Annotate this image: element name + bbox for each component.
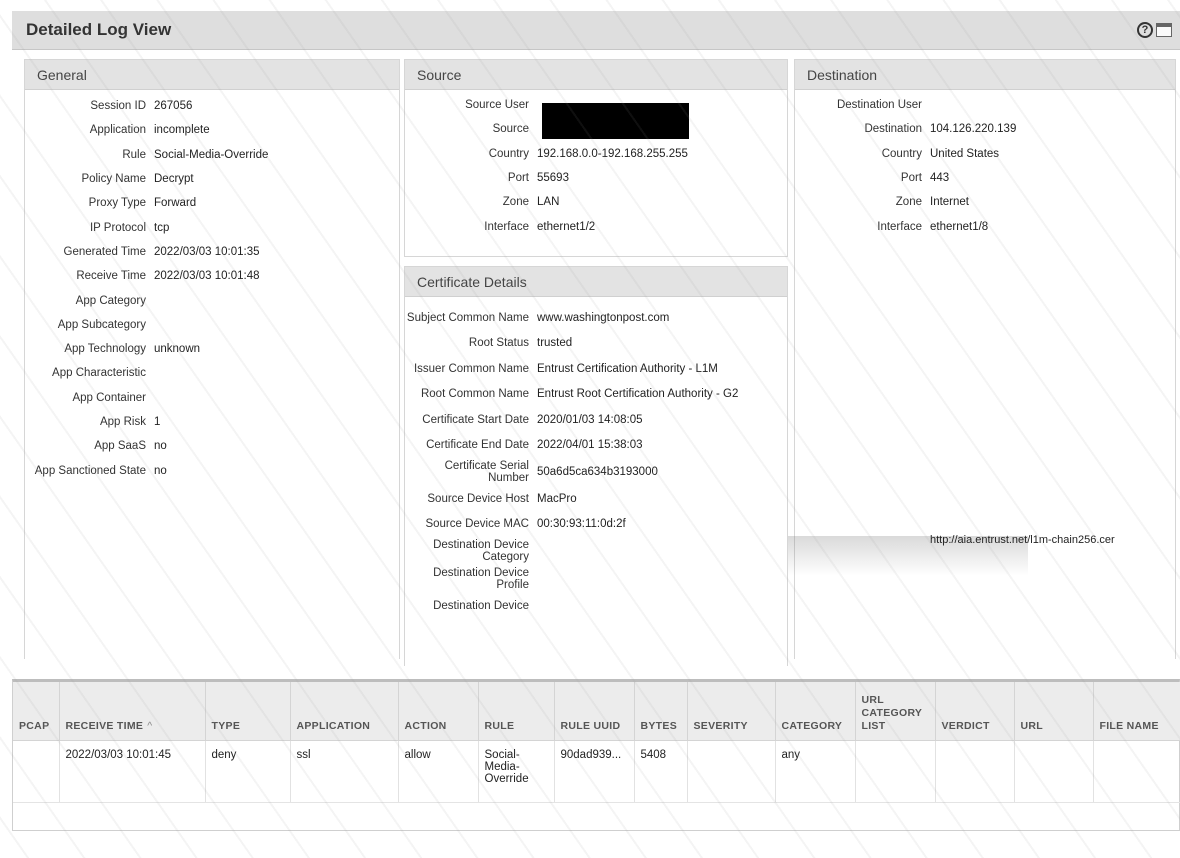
field-value: Forward	[154, 197, 196, 209]
field-label: App Characteristic	[25, 367, 154, 379]
cell-url	[1014, 740, 1093, 802]
field-generated-time: Generated Time2022/03/03 10:01:35	[25, 240, 399, 264]
field-label: IP Protocol	[25, 222, 154, 234]
field-label: App Sanctioned State	[25, 465, 154, 477]
field-value: 267056	[154, 100, 192, 112]
field-zone: ZoneLAN	[405, 190, 787, 214]
cell-bytes: 5408	[634, 740, 687, 802]
field-value: Entrust Root Certification Authority - G…	[537, 388, 738, 400]
field-label: Certificate End Date	[405, 439, 537, 451]
cell-severity	[687, 740, 775, 802]
field-label: App Container	[25, 392, 154, 404]
cell-type: deny	[205, 740, 290, 802]
field-label: Source	[405, 123, 537, 135]
field-label: App Technology	[25, 343, 154, 355]
general-panel: General Session ID267056Applicationincom…	[24, 59, 400, 659]
field-app-characteristic: App Characteristic	[25, 361, 399, 385]
field-label: App Subcategory	[25, 319, 154, 331]
field-label: Certificate Serial Number	[405, 460, 537, 484]
field-session-id: Session ID267056	[25, 94, 399, 118]
field-value: 443	[930, 172, 949, 184]
field-value: no	[154, 465, 167, 477]
field-value: United States	[930, 148, 999, 160]
field-label: Generated Time	[25, 246, 154, 258]
destination-fields: Destination UserDestination104.126.220.1…	[795, 90, 1175, 239]
field-value: 50a6d5ca634b3193000	[537, 466, 658, 478]
field-destination: Destination104.126.220.139	[795, 117, 1175, 141]
field-label: Certificate Start Date	[405, 414, 537, 426]
field-certificate-start-date: Certificate Start Date2020/01/03 14:08:0…	[405, 407, 787, 433]
field-label: Source Device Host	[405, 493, 537, 505]
field-label: Application	[25, 124, 154, 136]
cell-action: allow	[398, 740, 478, 802]
cell-pcap	[13, 740, 59, 802]
cell-file-name	[1093, 740, 1180, 802]
field-value: 1	[154, 416, 160, 428]
cell-application: ssl	[290, 740, 398, 802]
field-label: Destination Device Category	[405, 539, 537, 563]
field-app-sanctioned-state: App Sanctioned Stateno	[25, 458, 399, 482]
field-label: Country	[405, 148, 537, 160]
field-value: Social-Media-Override	[154, 149, 268, 161]
field-app-risk: App Risk1	[25, 410, 399, 434]
field-value: 2020/01/03 14:08:05	[537, 414, 643, 426]
field-label: Source User	[405, 99, 537, 111]
certificate-fields: Subject Common Namewww.washingtonpost.co…	[405, 297, 787, 619]
field-app-container: App Container	[25, 386, 399, 410]
field-label: Destination Device Profile	[405, 567, 537, 591]
field-destination-user: Destination User	[795, 93, 1175, 117]
redacted-source-block	[542, 103, 689, 139]
field-label: Root Status	[405, 337, 537, 349]
general-fields: Session ID267056ApplicationincompleteRul…	[25, 90, 399, 483]
field-country: Country192.168.0.0-192.168.255.255	[405, 142, 787, 166]
column-header-file-name[interactable]: FILE NAME	[1093, 682, 1180, 740]
column-header-url-category-list[interactable]: URL CATEGORY LIST	[855, 682, 935, 740]
field-label: Issuer Common Name	[405, 363, 537, 375]
field-label: Subject Common Name	[405, 312, 537, 324]
field-value: 00:30:93:11:0d:2f	[537, 518, 626, 530]
field-value: tcp	[154, 222, 169, 234]
field-label: Country	[795, 148, 930, 160]
field-app-subcategory: App Subcategory	[25, 313, 399, 337]
field-value: Decrypt	[154, 173, 194, 185]
field-value: Internet	[930, 196, 969, 208]
column-header-severity[interactable]: SEVERITY	[687, 682, 775, 740]
field-app-technology: App Technologyunknown	[25, 337, 399, 361]
field-destination-device: Destination Device	[405, 593, 787, 619]
field-zone: ZoneInternet	[795, 190, 1175, 214]
table-body: 2022/03/03 10:01:45denysslallowSocial-​M…	[13, 740, 1180, 802]
field-interface: Interfaceethernet1/8	[795, 214, 1175, 238]
field-label: Rule	[25, 149, 154, 161]
column-header-type[interactable]: TYPE	[205, 682, 290, 740]
title-bar: Detailed Log View ?	[12, 11, 1180, 50]
field-value: 2022/03/03 10:01:35	[154, 246, 260, 258]
field-label: Port	[795, 172, 930, 184]
field-value: ethernet1/8	[930, 221, 988, 233]
field-label: Zone	[405, 196, 537, 208]
field-label: Destination User	[795, 99, 930, 111]
field-value: incomplete	[154, 124, 210, 136]
field-label: App Category	[25, 295, 154, 307]
column-header-application[interactable]: APPLICATION	[290, 682, 398, 740]
field-label: Proxy Type	[25, 197, 154, 209]
field-label: Source Device MAC	[405, 518, 537, 530]
field-app-category: App Category	[25, 288, 399, 312]
certificate-panel-title: Certificate Details	[405, 267, 787, 297]
cell-category: any	[775, 740, 855, 802]
field-certificate-serial-number: Certificate Serial Number50a6d5ca634b319…	[405, 458, 787, 486]
destination-panel-title: Destination	[795, 60, 1175, 90]
field-label: Session ID	[25, 100, 154, 112]
field-port: Port55693	[405, 166, 787, 190]
field-source-device-mac: Source Device MAC00:30:93:11:0d:2f	[405, 512, 787, 538]
field-certificate-end-date: Certificate End Date2022/04/01 15:38:03	[405, 433, 787, 459]
certificate-panel: Certificate Details Subject Common Namew…	[404, 266, 788, 666]
field-label: Port	[405, 172, 537, 184]
help-icon[interactable]: ?	[1137, 22, 1153, 38]
field-value: www.washingtonpost.com	[537, 312, 669, 324]
url-tooltip: http://aia.entrust.net/l1m-chain256.cer	[930, 534, 1115, 546]
field-ip-protocol: IP Protocoltcp	[25, 215, 399, 239]
field-label: Root Common Name	[405, 388, 537, 400]
field-label: App Risk	[25, 416, 154, 428]
field-value: 2022/04/01 15:38:03	[537, 439, 643, 451]
cell-url-category-list	[855, 740, 935, 802]
column-header-verdict[interactable]: VERDICT	[935, 682, 1014, 740]
field-source-device-host: Source Device HostMacPro	[405, 486, 787, 512]
general-panel-title: General	[25, 60, 399, 90]
sort-ascending-icon[interactable]: ^	[147, 720, 152, 732]
field-rule: RuleSocial-Media-Override	[25, 143, 399, 167]
field-label: Receive Time	[25, 270, 154, 282]
column-header-category[interactable]: CATEGORY	[775, 682, 855, 740]
field-subject-common-name: Subject Common Namewww.washingtonpost.co…	[405, 305, 787, 331]
field-value: 2022/03/03 10:01:48	[154, 270, 260, 282]
field-country: CountryUnited States	[795, 142, 1175, 166]
field-value: Entrust Certification Authority - L1M	[537, 363, 718, 375]
column-header-bytes[interactable]: BYTES	[634, 682, 687, 740]
field-value: 192.168.0.0-192.168.255.255	[537, 148, 688, 160]
field-receive-time: Receive Time2022/03/03 10:01:48	[25, 264, 399, 288]
column-header-url[interactable]: URL	[1014, 682, 1093, 740]
log-table: PCAPRECEIVE TIME^TYPEAPPLICATIONACTIONRU…	[12, 679, 1180, 831]
field-label: Destination Device	[405, 600, 537, 612]
field-value: trusted	[537, 337, 572, 349]
maximize-icon[interactable]	[1156, 23, 1172, 37]
source-panel: Source Source UserSourceCountry192.168.0…	[404, 59, 788, 257]
field-value: ethernet1/2	[537, 221, 595, 233]
field-label: Zone	[795, 196, 930, 208]
field-policy-name: Policy NameDecrypt	[25, 167, 399, 191]
field-value: no	[154, 440, 167, 452]
column-header-receive-time[interactable]: RECEIVE TIME^	[59, 682, 205, 740]
cell-rule: Social-​Media-​Override	[478, 740, 554, 802]
source-panel-title: Source	[405, 60, 787, 90]
field-label: Destination	[795, 123, 930, 135]
field-label: Interface	[795, 221, 930, 233]
column-header-action[interactable]: ACTION	[398, 682, 478, 740]
field-root-status: Root Statustrusted	[405, 331, 787, 357]
field-destination-device-category: Destination Device Category	[405, 537, 787, 565]
cell-rule-uuid: 90dad939...	[554, 740, 634, 802]
field-application: Applicationincomplete	[25, 118, 399, 142]
field-value: 104.126.220.139	[930, 123, 1016, 135]
field-value: MacPro	[537, 493, 577, 505]
field-value: 55693	[537, 172, 569, 184]
column-header-pcap[interactable]: PCAP	[13, 682, 59, 740]
field-proxy-type: Proxy TypeForward	[25, 191, 399, 215]
field-value: unknown	[154, 343, 200, 355]
field-port: Port443	[795, 166, 1175, 190]
table-header-row: PCAPRECEIVE TIME^TYPEAPPLICATIONACTIONRU…	[13, 682, 1180, 740]
column-header-rule-uuid[interactable]: RULE UUID	[554, 682, 634, 740]
field-interface: Interfaceethernet1/2	[405, 214, 787, 238]
field-label: App SaaS	[25, 440, 154, 452]
cell-verdict	[935, 740, 1014, 802]
field-value: LAN	[537, 196, 559, 208]
field-app-saas: App SaaSno	[25, 434, 399, 458]
field-root-common-name: Root Common NameEntrust Root Certificati…	[405, 382, 787, 408]
field-destination-device-profile: Destination Device Profile	[405, 565, 787, 593]
field-label: Interface	[405, 221, 537, 233]
cell-receive-time: 2022/03/03 10:01:45	[59, 740, 205, 802]
page-title: Detailed Log View	[26, 20, 171, 40]
column-header-rule[interactable]: RULE	[478, 682, 554, 740]
table-row[interactable]: 2022/03/03 10:01:45denysslallowSocial-​M…	[13, 740, 1180, 802]
field-label: Policy Name	[25, 173, 154, 185]
field-issuer-common-name: Issuer Common NameEntrust Certification …	[405, 356, 787, 382]
